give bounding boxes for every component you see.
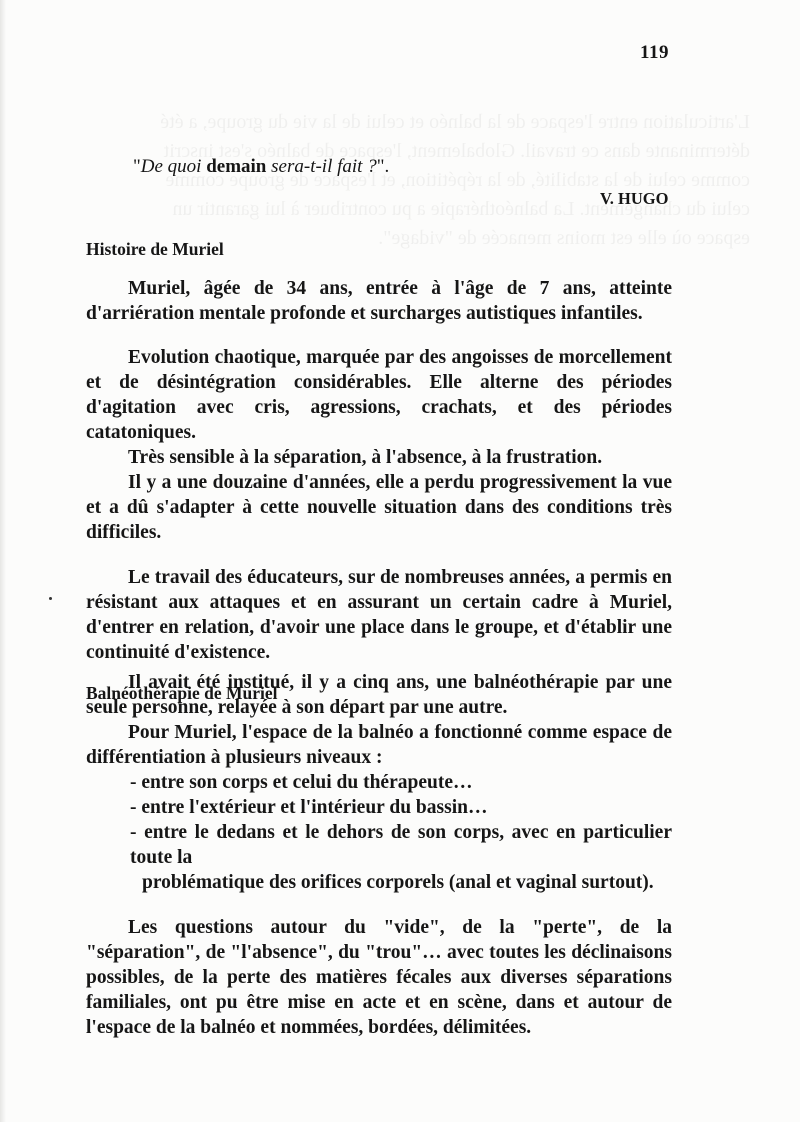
paragraph: Il y a une douzaine d'années, elle a per… (86, 470, 672, 545)
list-item: - entre son corps et celui du thérapeute… (86, 770, 672, 795)
section-heading-histoire: Histoire de Muriel (86, 239, 224, 260)
epigraph-quote: "De quoi demain sera-t-il fait ?". (133, 156, 389, 178)
epigraph-open-quote: " (133, 156, 141, 177)
paragraph: Muriel, âgée de 34 ans, entrée à l'âge d… (86, 276, 672, 326)
paragraph: Evolution chaotique, marquée par des ang… (86, 345, 672, 445)
epigraph-close-quote: ". (377, 156, 390, 177)
section-body-balneotherapie: Pour Muriel, l'espace de la balnéo a fon… (86, 720, 672, 1040)
paragraph: Les questions autour du "vide", de la "p… (86, 915, 672, 1040)
paragraph: Très sensible à la séparation, à l'absen… (86, 445, 672, 470)
page-number: 119 (640, 42, 669, 64)
section-body-histoire: Muriel, âgée de 34 ans, entrée à l'âge d… (86, 276, 672, 720)
list-item: - entre l'extérieur et l'intérieur du ba… (86, 795, 672, 820)
epigraph-part-1: De quoi (141, 156, 206, 177)
list-item-continuation: problématique des orifices corporels (an… (130, 870, 672, 895)
paragraph: Le travail des éducateurs, sur de nombre… (86, 565, 672, 665)
epigraph-part-3: sera-t-il fait ? (266, 156, 376, 177)
epigraph-part-2: demain (206, 156, 266, 177)
epigraph-attribution: V. HUGO (600, 189, 668, 209)
list-item: - entre le dedans et le dehors de son co… (86, 820, 672, 895)
scan-speck (49, 597, 52, 600)
paragraph: Pour Muriel, l'espace de la balnéo a fon… (86, 720, 672, 770)
page-edge-shadow (0, 0, 6, 1122)
differentiation-list: - entre son corps et celui du thérapeute… (86, 770, 672, 895)
show-through-text: L'articulation entre l'espace de la baln… (150, 108, 750, 253)
list-item-text: - entre le dedans et le dehors de son co… (130, 822, 672, 868)
section-heading-balneotherapie: Balnéothérapie de Muriel (86, 683, 278, 704)
